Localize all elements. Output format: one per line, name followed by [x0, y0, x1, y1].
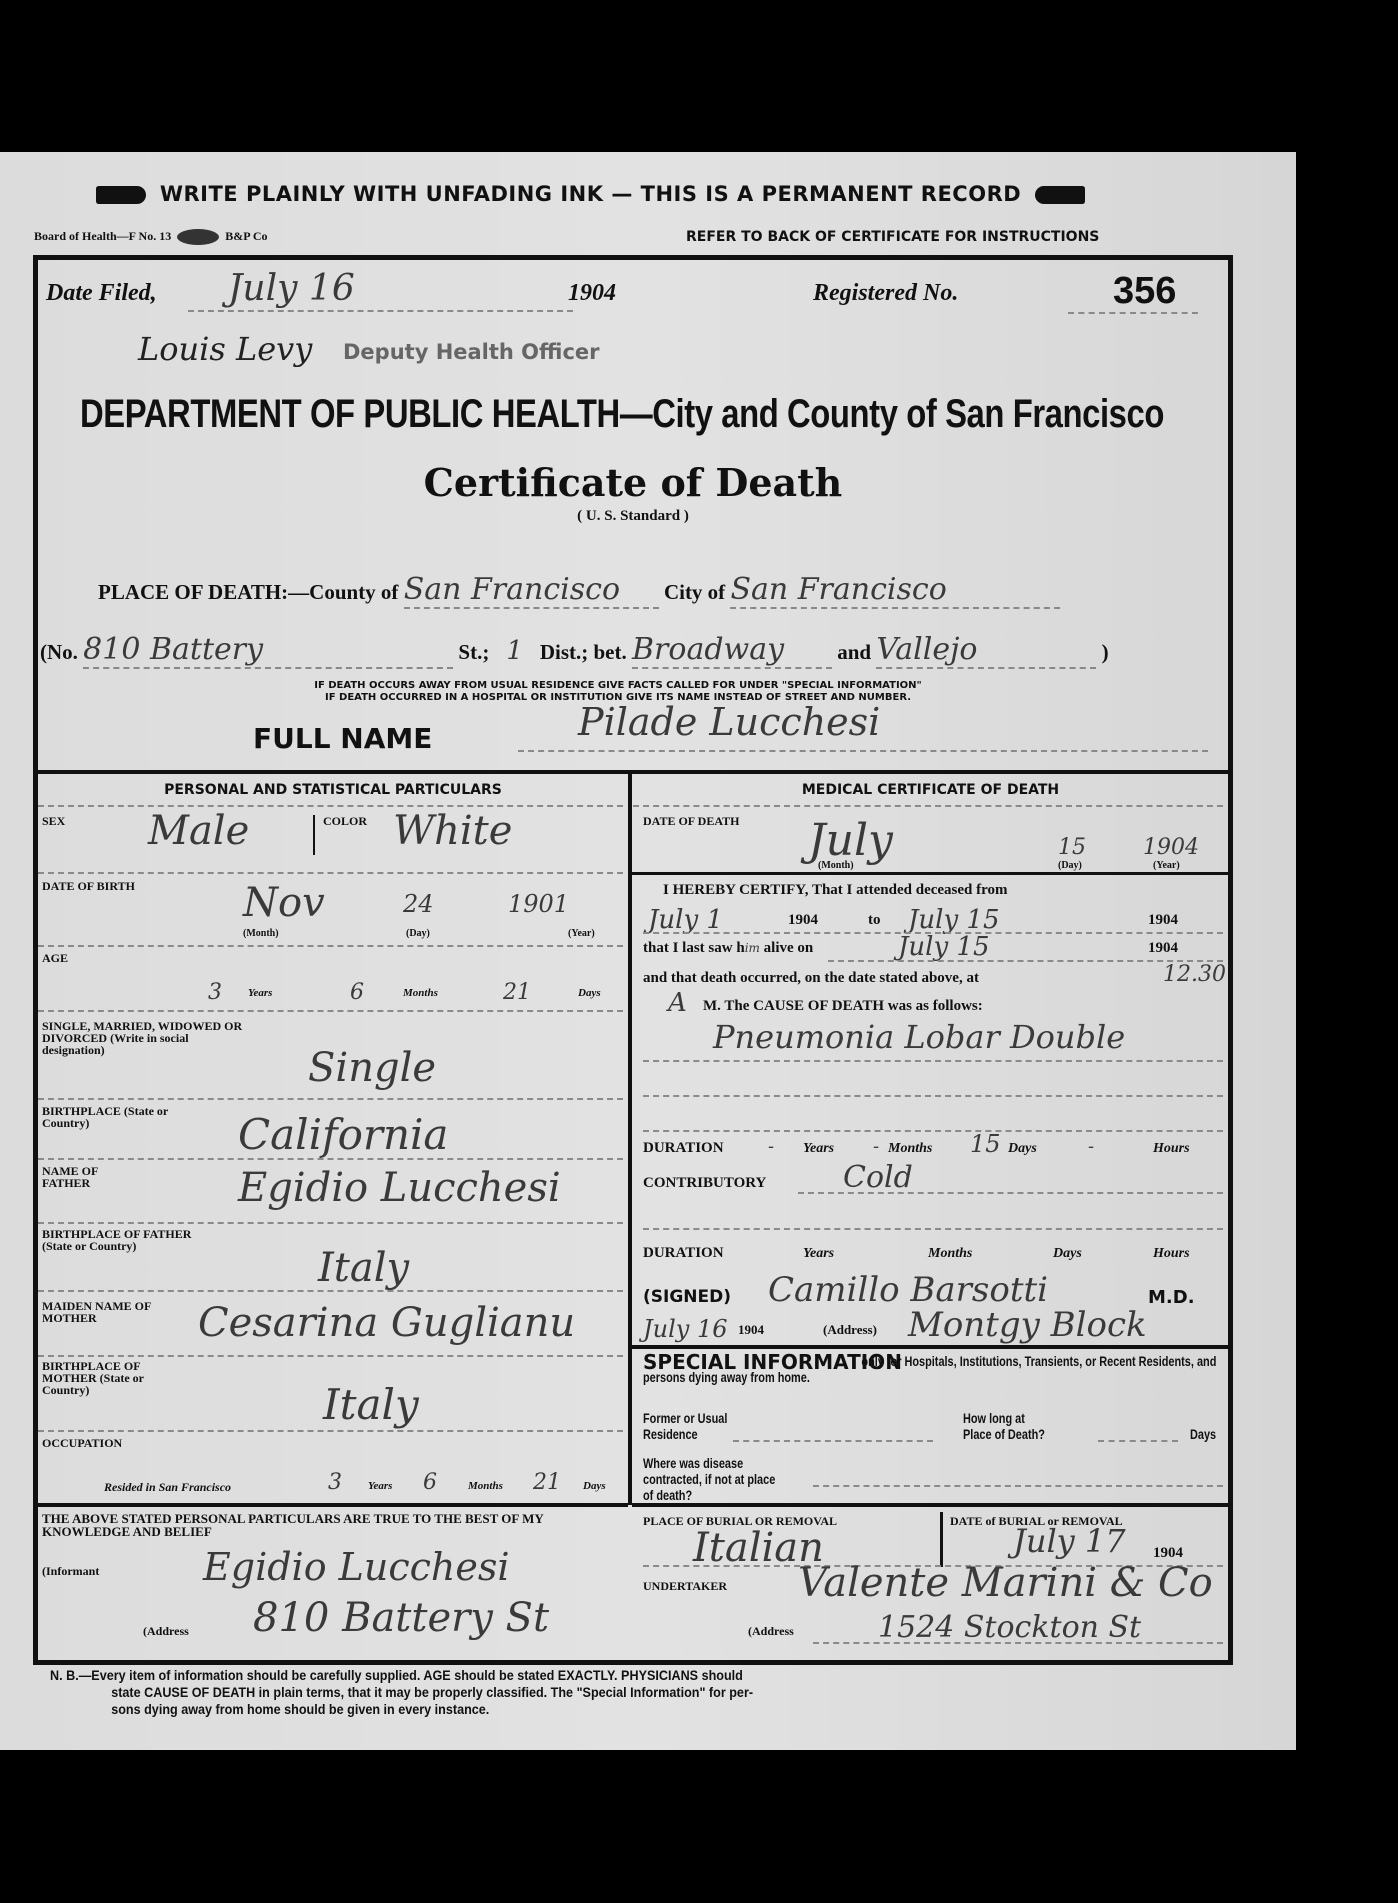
years-caption: Years	[248, 987, 272, 999]
to-label: to	[868, 912, 881, 929]
personal-section-title: PERSONAL AND STATISTICAL PARTICULARS	[38, 782, 628, 798]
certify-text: I HEREBY CERTIFY, That I attended deceas…	[663, 882, 1008, 899]
resided-label: Resided in San Francisco	[104, 1480, 231, 1495]
age-months: 6	[350, 980, 364, 1005]
father-birthplace-label: BIRTHPLACE OF FATHER (State or Country)	[42, 1228, 192, 1252]
signed-label: (SIGNED)	[643, 1287, 731, 1307]
county-label: PLACE OF DEATH:—County of	[98, 580, 398, 604]
st-label: St.;	[458, 640, 489, 664]
resided-days-caption: Days	[583, 1480, 606, 1492]
dob-month: Nov	[243, 880, 325, 926]
cause-of-death: Pneumonia Lobar Double	[713, 1018, 1125, 1056]
informant-address: 810 Battery St	[253, 1595, 549, 1641]
duration-label: DURATION	[643, 1140, 724, 1157]
month-caption: (Month)	[243, 928, 279, 939]
duration2-years-caption: Years	[803, 1246, 834, 1262]
county-value: San Francisco	[404, 572, 659, 609]
officer-signature: Louis Levy	[138, 330, 312, 368]
dod-month-caption: (Month)	[818, 860, 854, 871]
attended-from-year: 1904	[788, 912, 818, 929]
resided-months-caption: Months	[468, 1480, 503, 1492]
duration-days: 15	[970, 1130, 1001, 1158]
informant-name: Egidio Lucchesi	[203, 1545, 510, 1589]
am-pm-value: A	[668, 988, 687, 1018]
note-line-3: sons dying away from home should be give…	[50, 1701, 753, 1718]
city-value: San Francisco	[730, 572, 1060, 609]
union-label-icon	[177, 229, 219, 245]
standard-label: ( U. S. Standard )	[38, 508, 1228, 525]
mother-birthplace-label: BIRTHPLACE OF MOTHER (State or Country)	[42, 1360, 192, 1396]
duration-days-caption: Days	[1008, 1141, 1037, 1157]
pronoun-value: im	[745, 941, 760, 955]
days-caption: Days	[578, 987, 601, 999]
cause-label: M. The CAUSE OF DEATH was as follows:	[703, 998, 983, 1015]
age-years: 3	[208, 980, 222, 1005]
between-street-1: Broadway	[632, 632, 832, 669]
last-saw-year: 1904	[1148, 940, 1178, 957]
footer-note: N. B.—Every item of information should b…	[50, 1667, 753, 1718]
section-divider	[38, 770, 1228, 774]
duration-years: -	[768, 1136, 774, 1157]
medical-section-title: MEDICAL CERTIFICATE OF DEATH	[633, 782, 1228, 798]
color-label: COLOR	[323, 815, 367, 827]
physician-address: Montgy Block	[908, 1305, 1147, 1345]
dod-label: DATE OF DEATH	[643, 815, 739, 827]
pointing-hand-icon	[96, 186, 146, 204]
color-value: White	[393, 808, 512, 854]
mother-birthplace-value: Italy	[323, 1380, 419, 1429]
full-name-value: Pilade Lucchesi	[578, 700, 880, 744]
place-of-death-row: PLACE OF DEATH:—County of San Francisco …	[98, 572, 1060, 609]
city-label: City of	[664, 580, 725, 604]
physician-signature: Camillo Barsotti	[768, 1270, 1048, 1310]
mother-name-value: Cesarina Guglianu	[198, 1300, 575, 1346]
death-time: 12.30	[1163, 962, 1226, 987]
how-long-days-label: Days	[1190, 1426, 1216, 1442]
dod-day: 15	[1058, 835, 1086, 860]
physician-address-label: (Address)	[823, 1322, 877, 1338]
form-number: Board of Health—F No. 13	[34, 229, 171, 243]
duration2-label: DURATION	[643, 1245, 724, 1262]
contributory-label: CONTRIBUTORY	[643, 1175, 766, 1192]
pointing-hand-icon	[1035, 186, 1085, 204]
duration-months-caption: Months	[888, 1141, 932, 1157]
date-filed-label: Date Filed,	[46, 280, 157, 307]
note-line-1: N. B.—Every item of information should b…	[50, 1667, 753, 1684]
alive-on-label: alive on	[764, 940, 814, 956]
informant-address-label: (Address	[143, 1625, 189, 1637]
printer-name: B&P Co	[225, 229, 267, 243]
year-caption: (Year)	[568, 928, 595, 939]
date-filed-year: 1904	[568, 280, 616, 307]
full-name-label: FULL NAME	[253, 722, 432, 755]
informant-statement: THE ABOVE STATED PERSONAL PARTICULARS AR…	[42, 1512, 622, 1538]
dob-day: 24	[403, 890, 434, 918]
resided-days: 21	[533, 1470, 561, 1495]
dod-year-caption: (Year)	[1153, 860, 1180, 871]
duration2-hours-caption: Hours	[1153, 1246, 1190, 1262]
duration-hours-caption: Hours	[1153, 1141, 1190, 1157]
no-label: (No.	[40, 640, 78, 664]
ink-warning-banner: WRITE PLAINLY WITH UNFADING INK — THIS I…	[90, 182, 1091, 206]
registered-label: Registered No.	[813, 280, 958, 307]
department-title: DEPARTMENT OF PUBLIC HEALTH—City and Cou…	[80, 392, 1164, 437]
resided-years-caption: Years	[368, 1480, 392, 1492]
certificate-title: Certificate of Death	[38, 460, 1228, 505]
banner-text: WRITE PLAINLY WITH UNFADING INK — THIS I…	[160, 182, 1021, 206]
sex-value: Male	[148, 808, 249, 854]
dod-year: 1904	[1143, 835, 1199, 860]
contributory-value: Cold	[843, 1160, 913, 1195]
birthplace-value: California	[238, 1110, 448, 1159]
age-label: AGE	[42, 952, 68, 964]
dist-label: Dist.; bet.	[540, 640, 627, 664]
day-caption: (Day)	[406, 928, 430, 939]
duration2-days-caption: Days	[1053, 1246, 1082, 1262]
undertaker-value: Valente Marini & Co	[798, 1560, 1213, 1606]
resided-months: 6	[423, 1470, 437, 1495]
signed-date: July 16	[643, 1315, 727, 1343]
certificate-paper: WRITE PLAINLY WITH UNFADING INK — THIS I…	[0, 152, 1296, 1750]
resided-years: 3	[328, 1470, 342, 1495]
dob-label: DATE OF BIRTH	[42, 880, 135, 892]
last-saw-label: that I last saw h	[643, 940, 745, 956]
marital-value: Single	[308, 1045, 436, 1091]
duration-months: -	[873, 1136, 879, 1157]
officer-title: Deputy Health Officer	[343, 340, 600, 364]
father-birthplace-value: Italy	[318, 1245, 409, 1291]
special-divider	[632, 1345, 1228, 1349]
mother-name-label: MAIDEN NAME OF MOTHER	[42, 1300, 192, 1324]
dob-year: 1901	[508, 890, 569, 918]
marital-label: SINGLE, MARRIED, WIDOWED OR DIVORCED (Wr…	[42, 1020, 252, 1056]
between-street-2: Vallejo	[876, 632, 1096, 669]
address-row: (No. 810 Battery St.; 1 Dist.; bet. Broa…	[40, 632, 1109, 669]
last-saw-row: that I last saw him alive on	[643, 940, 813, 957]
age-days: 21	[503, 980, 531, 1005]
undertaker-label: UNDERTAKER	[643, 1580, 727, 1592]
dod-month: July	[808, 815, 893, 866]
undertaker-address: 1524 Stockton St	[878, 1610, 1141, 1645]
burial-divider	[632, 1503, 1228, 1507]
last-saw-date: July 15	[898, 932, 990, 962]
undertaker-address-label: (Address	[748, 1625, 794, 1637]
duration-years-caption: Years	[803, 1141, 834, 1157]
sex-label: SEX	[42, 815, 65, 827]
occurred-text: and that death occurred, on the date sta…	[643, 970, 979, 987]
instruction-line-1: IF DEATH OCCURS AWAY FROM USUAL RESIDENC…	[188, 680, 1048, 692]
duration-hours: -	[1088, 1136, 1094, 1157]
contracted-label: Where was disease contracted, if not at …	[643, 1455, 783, 1503]
informant-divider	[38, 1503, 628, 1507]
special-subtitle: only for Hospitals, Institutions, Transi…	[643, 1353, 1220, 1385]
date-filed-value: July 16	[228, 268, 355, 309]
attended-to-year: 1904	[1148, 912, 1178, 929]
and-label: and	[837, 640, 871, 664]
form-box: Date Filed, July 16 1904 Registered No. …	[33, 255, 1233, 1665]
note-line-2: state CAUSE OF DEATH in plain terms, tha…	[50, 1684, 753, 1701]
attended-from: July 1	[648, 905, 723, 935]
signed-year: 1904	[738, 1322, 764, 1338]
birthplace-label: BIRTHPLACE (State or Country)	[42, 1105, 192, 1129]
attended-to: July 15	[908, 905, 1000, 935]
street-value: 810 Battery	[83, 632, 453, 669]
md-label: M.D.	[1148, 1287, 1195, 1308]
registered-number: 356	[1113, 270, 1176, 313]
father-name-label: NAME OF FATHER	[42, 1165, 142, 1189]
form-id: Board of Health—F No. 13 B&P Co	[34, 229, 268, 245]
informant-label: (Informant	[42, 1565, 99, 1577]
burial-date: July 17	[1013, 1522, 1126, 1560]
dod-day-caption: (Day)	[1058, 860, 1082, 871]
column-divider	[628, 770, 632, 1505]
occupation-label: OCCUPATION	[42, 1437, 122, 1449]
months-caption: Months	[403, 987, 438, 999]
instructions-ref: REFER TO BACK OF CERTIFICATE FOR INSTRUC…	[686, 229, 1099, 245]
former-residence-label: Former or Usual Residence	[643, 1410, 729, 1442]
duration2-months-caption: Months	[928, 1246, 972, 1262]
how-long-label: How long at Place of Death?	[963, 1410, 1049, 1442]
father-name-value: Egidio Lucchesi	[238, 1165, 561, 1211]
dist-value: 1	[495, 636, 535, 666]
